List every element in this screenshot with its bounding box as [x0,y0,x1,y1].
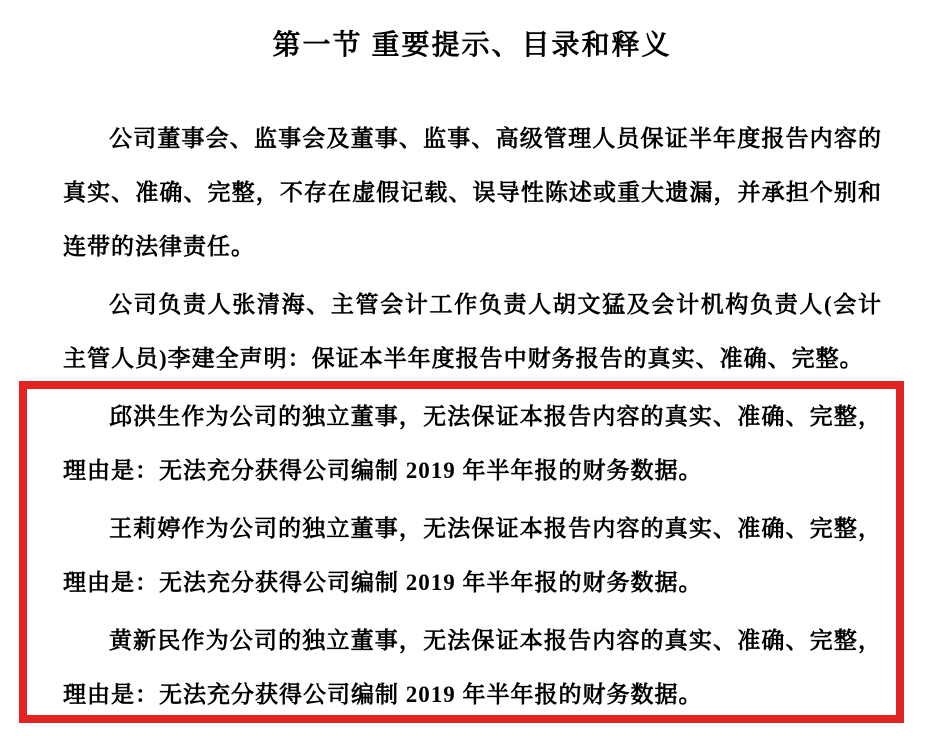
paragraph-independent-director-3: 黄新民作为公司的独立董事，无法保证本报告内容的真实、准确、完整，理由是：无法充分… [63,614,882,722]
document-page: 第一节 重要提示、目录和释义 公司董事会、监事会及董事、监事、高级管理人员保证半… [0,0,944,736]
paragraph-independent-director-2: 王莉婷作为公司的独立董事，无法保证本报告内容的真实、准确、完整，理由是：无法充分… [63,502,882,610]
section-title: 第一节 重要提示、目录和释义 [0,28,944,64]
document-body: 公司董事会、监事会及董事、监事、高级管理人员保证半年度报告内容的真实、准确、完整… [63,112,882,722]
paragraph-board-statement: 公司董事会、监事会及董事、监事、高级管理人员保证半年度报告内容的真实、准确、完整… [63,112,882,274]
paragraph-responsible-persons-statement: 公司负责人张清海、主管会计工作负责人胡文猛及会计机构负责人(会计主管人员)李建全… [63,278,882,386]
paragraph-independent-director-1: 邱洪生作为公司的独立董事，无法保证本报告内容的真实、准确、完整，理由是：无法充分… [63,390,882,498]
